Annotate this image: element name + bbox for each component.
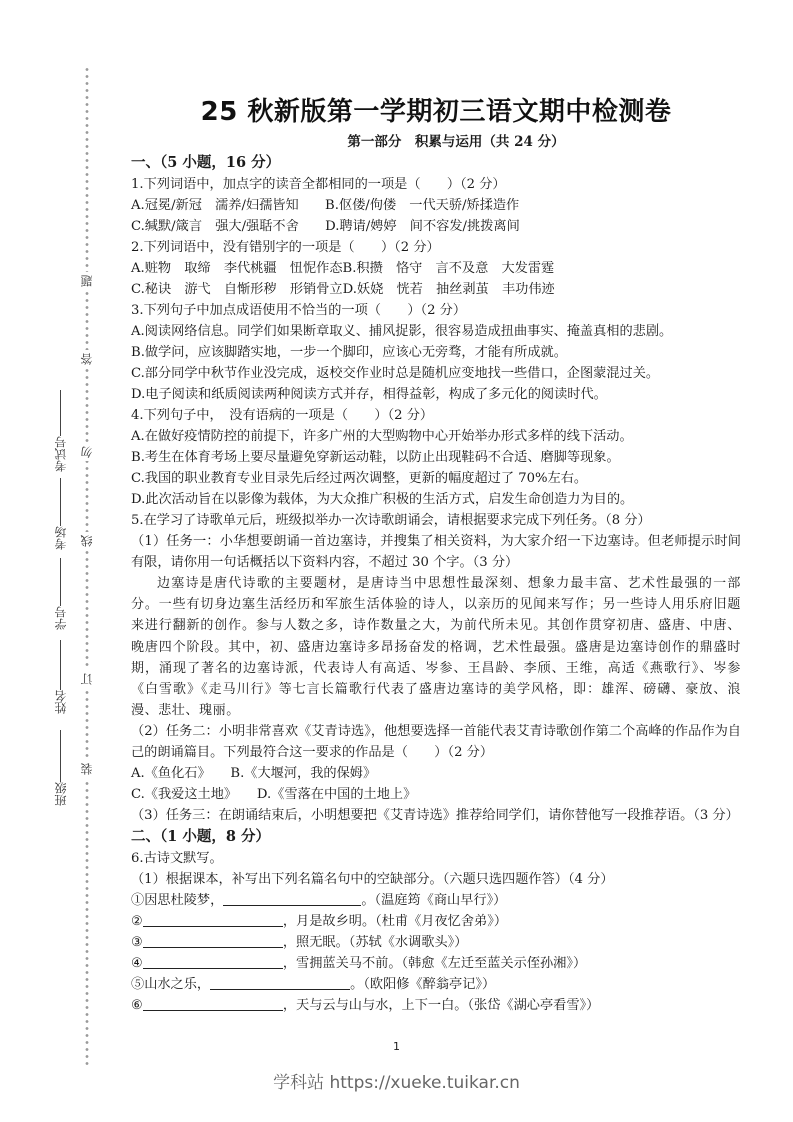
part-subtitle: 第一部分 积累与运用（共 24 分） (131, 132, 741, 152)
answer-blank[interactable] (143, 933, 283, 948)
field-student-number-label: 学号 (54, 606, 68, 630)
question-5: 5.在学习了诗歌单元后，班级拟举办一次诗歌朗诵会，请根据要求完成下列任务。（8 … (131, 510, 741, 826)
q6-part1: （1）根据课本，补写出下列名篇名句中的空缺部分。（六题只选四题作答）（4 分） (131, 869, 741, 890)
mark-zhuang: 装 (78, 760, 95, 778)
q6-item-3: ③，照无眠。（苏轼《水调歌头》） (131, 932, 741, 953)
item-number: ④ (131, 956, 143, 971)
q3-stem: 3.下列句子中加点成语使用不恰当的一项（ ）（2 分） (131, 300, 741, 321)
q6-item-5: ⑤山水之乐，。（欧阳修《醉翁亭记》） (131, 974, 741, 995)
section2-heading: 二、（1 小题，8 分） (131, 826, 741, 848)
q5-task2: （2）任务二：小明非常喜欢《艾青诗选》，他想要选择一首能代表艾青诗歌创作第二个高… (131, 721, 741, 763)
field-exam-room-label: 考场 (54, 526, 68, 550)
item-text-after: ，雪拥蓝关马不前。（韩愈《左迁至蓝关示侄孙湘》） (283, 956, 586, 971)
q3-option-d: D.电子阅读和纸质阅读两种阅读方式并存，相得益彰，构成了多元化的阅读时代。 (131, 384, 741, 405)
q3-option-a: A.阅读网络信息。同学们如果断章取义、捕风捉影，很容易造成扭曲事实、掩盖真相的悲… (131, 321, 741, 342)
field-exam-id: 考试号 (52, 390, 69, 472)
exam-content: 25 秋新版第一学期初三语文期中检测卷 第一部分 积累与运用（共 24 分） 一… (131, 88, 741, 1016)
mark-ding: 订 (78, 670, 95, 688)
page-title: 25 秋新版第一学期初三语文期中检测卷 (131, 92, 741, 132)
question-3: 3.下列句子中加点成语使用不恰当的一项（ ）（2 分） A.阅读网络信息。同学们… (131, 300, 741, 405)
q5-task2-options-cd: C.《我爱这土地》 D.《雪落在中国的土地上》 (131, 784, 741, 805)
page-number: 1 (0, 1040, 793, 1053)
question-4: 4.下列句子中， 没有语病的一项是（ ）（2 分） A.在做好疫情防控的前提下，… (131, 405, 741, 510)
item-text-after: ，照无眠。（苏轼《水调歌头》） (283, 935, 468, 950)
answer-blank[interactable] (223, 891, 361, 906)
field-student-number: 学号 (52, 558, 69, 630)
mark-ti: 题 (78, 272, 95, 290)
q5-stem: 5.在学习了诗歌单元后，班级拟举办一次诗歌朗诵会，请根据要求完成下列任务。（8 … (131, 510, 741, 531)
q6-item-2: ②，月是故乡明。（杜甫《月夜忆舍弟》） (131, 911, 741, 932)
item-number: ⑤ (131, 977, 144, 992)
item-text-after: 。（温庭筠《商山早行》） (361, 893, 506, 908)
site-watermark: 学科站 https://xueke.tuikar.cn (0, 1068, 793, 1093)
q1-stem: 1.下列词语中，加点字的读音全都相同的一项是（ ）（2 分） (131, 174, 741, 195)
q1-options-ab: A.冠冕/新冠 濡养/妇孺皆知 B.伛偻/佝偻 一代天骄/矫揉造作 (131, 195, 741, 216)
mark-da: 答 (78, 350, 95, 368)
answer-blank[interactable] (143, 954, 283, 969)
q3-option-c: C.部分同学中秋节作业没完成，返校交作业时总是随机应变地找一些借口，企图蒙混过关… (131, 363, 741, 384)
q5-task2-options-ab: A.《鱼化石》 B.《大堰河，我的保姆》 (131, 763, 741, 784)
answer-blank[interactable] (143, 912, 283, 927)
item-text-after: 。（欧阳修《醉翁亭记》） (350, 977, 495, 992)
item-text-before: 因思杜陵梦， (144, 893, 223, 908)
answer-blank[interactable] (210, 975, 350, 990)
q5-task3: （3）任务三：在朗诵结束后，小明想要把《艾青诗选》推荐给同学们，请你替他写一段推… (131, 805, 741, 826)
q6-stem: 6.古诗文默写。 (131, 848, 741, 869)
field-exam-room: 考场 (52, 478, 69, 550)
q5-material: 边塞诗是唐代诗歌的主要题材，是唐诗当中思想性最深刻、想象力最丰富、艺术性最强的一… (131, 573, 741, 721)
binding-dotted-line (84, 66, 90, 1066)
q1-options-cd: C.缄默/箴言 强大/强聒不舍 D.聘请/娉婷 间不容发/挑拨离间 (131, 216, 741, 237)
question-2: 2.下列词语中，没有错别字的一项是（ ）（2 分） A.赃物 取缔 李代桃疆 忸… (131, 237, 741, 300)
item-number: ③ (131, 935, 143, 950)
exam-page: 班级 姓名 学号 考场 考试号 装 订 线 勿 答 题 25 秋新版第一学期初三… (0, 0, 793, 1122)
item-text-after: ，月是故乡明。（杜甫《月夜忆舍弟》） (283, 914, 507, 929)
q4-option-a: A.在做好疫情防控的前提下，许多广州的大型购物中心开始举办形式多样的线下活动。 (131, 426, 741, 447)
item-text-before: 山水之乐， (144, 977, 210, 992)
field-name: 姓名 (52, 640, 69, 714)
item-number: ② (131, 914, 143, 929)
section1-heading: 一、（5 小题，16 分） (131, 152, 741, 174)
field-class: 班级 (52, 730, 69, 806)
question-6: 6.古诗文默写。 （1）根据课本，补写出下列名篇名句中的空缺部分。（六题只选四题… (131, 848, 741, 1016)
q4-option-b: B.考生在体育考场上要尽量避免穿新运动鞋，以防止出现鞋码不合适、磨脚等现象。 (131, 447, 741, 468)
q2-stem: 2.下列词语中，没有错别字的一项是（ ）（2 分） (131, 237, 741, 258)
q4-option-c: C.我国的职业教育专业目录先后经过两次调整，更新的幅度超过了 70%左右。 (131, 468, 741, 489)
q6-item-4: ④，雪拥蓝关马不前。（韩愈《左迁至蓝关示侄孙湘》） (131, 953, 741, 974)
q5-task1: （1）任务一：小华想要朗诵一首边塞诗，并搜集了相关资料，为大家介绍一下边塞诗。但… (131, 531, 741, 573)
mark-wu: 勿 (78, 443, 95, 461)
answer-blank[interactable] (143, 996, 283, 1011)
question-1: 1.下列词语中，加点字的读音全都相同的一项是（ ）（2 分） A.冠冕/新冠 濡… (131, 174, 741, 237)
item-number: ⑥ (131, 998, 143, 1013)
field-class-label: 班级 (54, 782, 68, 806)
q4-option-d: D.此次活动旨在以影像为载体，为大众推广积极的生活方式，启发生命创造力为目的。 (131, 489, 741, 510)
item-text-after: ，天与云与山与水，上下一白。（张岱《湖心亭看雪》） (283, 998, 600, 1013)
field-name-label: 姓名 (54, 690, 68, 714)
field-exam-id-label: 考试号 (54, 436, 68, 472)
q4-stem: 4.下列句子中， 没有语病的一项是（ ）（2 分） (131, 405, 741, 426)
q3-option-b: B.做学问，应该脚踏实地，一步一个脚印，应该心无旁骛，才能有所成就。 (131, 342, 741, 363)
mark-xian: 线 (78, 532, 95, 550)
q2-options-ab: A.赃物 取缔 李代桃疆 忸怩作态B.积攒 恪守 言不及意 大发雷霆 (131, 258, 741, 279)
q6-item-1: ①因思杜陵梦，。（温庭筠《商山早行》） (131, 890, 741, 911)
q6-item-6: ⑥，天与云与山与水，上下一白。（张岱《湖心亭看雪》） (131, 995, 741, 1016)
q2-options-cd: C.秘诀 游弋 自惭形秽 形销骨立D.妖娆 恍若 抽丝剥茧 丰功伟迹 (131, 279, 741, 300)
item-number: ① (131, 893, 144, 908)
